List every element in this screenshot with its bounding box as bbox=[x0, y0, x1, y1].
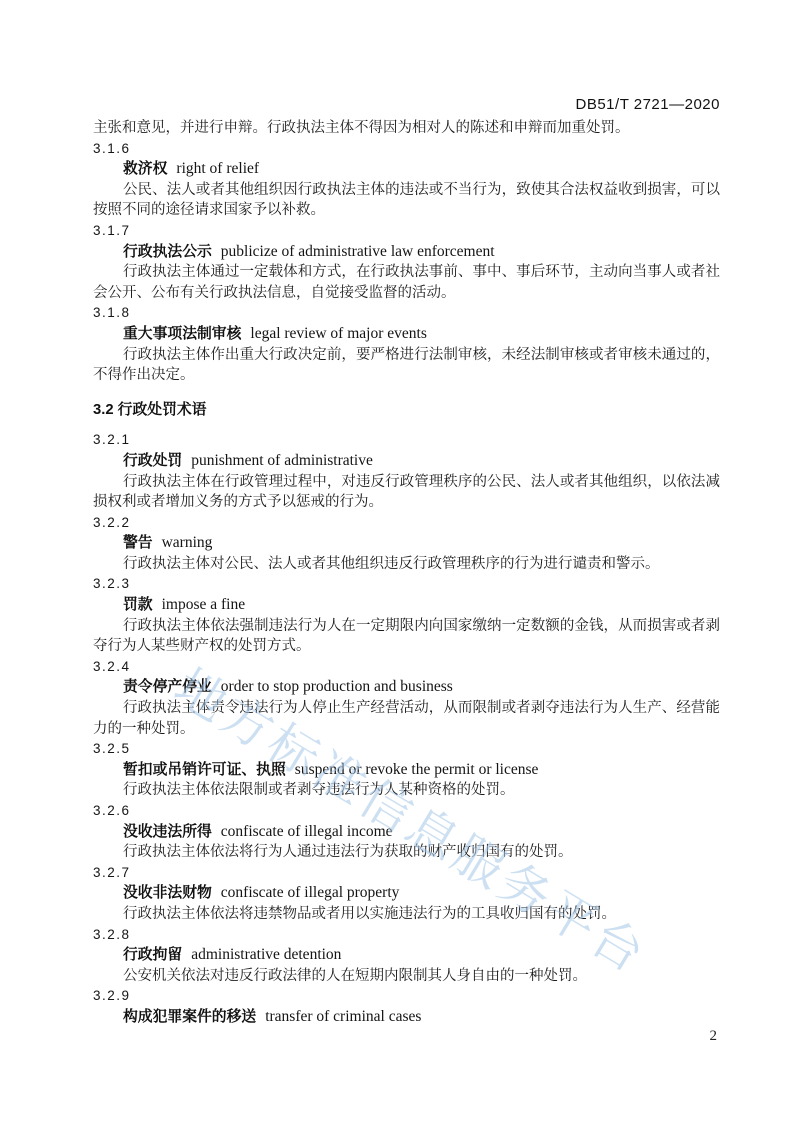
term-english: transfer of criminal cases bbox=[265, 1008, 421, 1025]
term-chinese: 没收违法所得 bbox=[123, 824, 212, 840]
term-definition: 行政执法主体作出重大行政决定前，要严格进行法制审核，未经法制审核或者审核未通过的… bbox=[93, 345, 720, 386]
document-page: DB51/T 2721—2020 主张和意见，并进行申辩。行政执法主体不得因为相… bbox=[0, 0, 793, 1122]
term-entry: 3.2.9 构成犯罪案件的移送transfer of criminal case… bbox=[93, 986, 720, 1027]
term-line: 没收非法财物confiscate of illegal property bbox=[93, 883, 720, 904]
term-number: 3.2.2 bbox=[93, 513, 720, 534]
term-number: 3.2.1 bbox=[93, 430, 720, 451]
doc-number: DB51/T 2721—2020 bbox=[576, 96, 721, 113]
term-entry: 3.1.6 救济权right of relief 公民、法人或者其他组织因行政执… bbox=[93, 139, 720, 221]
term-english: punishment of administrative bbox=[191, 452, 373, 469]
term-entry: 3.2.7 没收非法财物confiscate of illegal proper… bbox=[93, 863, 720, 925]
term-english: publicize of administrative law enforcem… bbox=[221, 243, 495, 260]
term-english: right of relief bbox=[176, 160, 259, 177]
term-entry: 3.2.8 行政拘留administrative detention 公安机关依… bbox=[93, 925, 720, 987]
intro-paragraph: 主张和意见，并进行申辩。行政执法主体不得因为相对人的陈述和申辩而加重处罚。 bbox=[93, 118, 720, 139]
term-chinese: 没收非法财物 bbox=[123, 885, 212, 901]
term-definition: 行政执法主体依法限制或者剥夺违法行为人某种资格的处罚。 bbox=[93, 780, 720, 801]
term-line: 责令停产停业order to stop production and busin… bbox=[93, 677, 720, 698]
term-number: 3.2.4 bbox=[93, 657, 720, 678]
term-entry: 3.2.5 暂扣或吊销许可证、执照suspend or revoke the p… bbox=[93, 739, 720, 801]
term-chinese: 重大事项法制审核 bbox=[123, 326, 241, 342]
term-number: 3.2.7 bbox=[93, 863, 720, 884]
term-line: 警告warning bbox=[93, 533, 720, 554]
term-entry: 3.2.4 责令停产停业order to stop production and… bbox=[93, 657, 720, 739]
term-chinese: 罚款 bbox=[123, 597, 153, 613]
term-chinese: 行政处罚 bbox=[123, 453, 182, 469]
term-entry: 3.1.7 行政执法公示publicize of administrative … bbox=[93, 221, 720, 303]
subsection-heading: 3.2 行政处罚术语 bbox=[93, 400, 720, 421]
term-entry: 3.2.6 没收违法所得confiscate of illegal income… bbox=[93, 801, 720, 863]
term-definition: 行政执法主体对公民、法人或者其他组织违反行政管理秩序的行为进行谴责和警示。 bbox=[93, 554, 720, 575]
term-entry: 3.2.3 罚款impose a fine 行政执法主体依法强制违法行为人在一定… bbox=[93, 574, 720, 656]
term-line: 构成犯罪案件的移送transfer of criminal cases bbox=[93, 1007, 720, 1028]
term-chinese: 救济权 bbox=[123, 161, 167, 177]
term-entry: 3.2.2 警告warning 行政执法主体对公民、法人或者其他组织违反行政管理… bbox=[93, 513, 720, 575]
term-entry: 3.2.1 行政处罚punishment of administrative 行… bbox=[93, 430, 720, 512]
term-english: administrative detention bbox=[191, 946, 341, 963]
term-line: 行政拘留administrative detention bbox=[93, 945, 720, 966]
document-header: DB51/T 2721—2020 bbox=[93, 96, 720, 113]
term-definition: 行政执法主体在行政管理过程中，对违反行政管理秩序的公民、法人或者其他组织，以依法… bbox=[93, 472, 720, 513]
term-line: 行政执法公示publicize of administrative law en… bbox=[93, 242, 720, 263]
term-english: confiscate of illegal income bbox=[221, 823, 393, 840]
term-number: 3.2.3 bbox=[93, 574, 720, 595]
term-line: 罚款impose a fine bbox=[93, 595, 720, 616]
term-chinese: 构成犯罪案件的移送 bbox=[123, 1009, 256, 1025]
term-line: 重大事项法制审核legal review of major events bbox=[93, 324, 720, 345]
term-english: confiscate of illegal property bbox=[221, 884, 400, 901]
term-definition: 行政执法主体依法强制违法行为人在一定期限内向国家缴纳一定数额的金钱，从而损害或者… bbox=[93, 616, 720, 657]
terms-section-general: 3.1.6 救济权right of relief 公民、法人或者其他组织因行政执… bbox=[93, 139, 720, 386]
term-number: 3.1.7 bbox=[93, 221, 720, 242]
term-chinese: 警告 bbox=[123, 535, 153, 551]
term-english: suspend or revoke the permit or license bbox=[295, 761, 539, 778]
term-chinese: 暂扣或吊销许可证、执照 bbox=[123, 762, 286, 778]
term-definition: 行政执法主体责令违法行为人停止生产经营活动，从而限制或者剥夺违法行为人生产、经营… bbox=[93, 698, 720, 739]
term-definition: 行政执法主体通过一定载体和方式，在行政执法事前、事中、事后环节，主动向当事人或者… bbox=[93, 262, 720, 303]
term-number: 3.2.6 bbox=[93, 801, 720, 822]
terms-section-punishment: 3.2.1 行政处罚punishment of administrative 行… bbox=[93, 430, 720, 1027]
term-line: 行政处罚punishment of administrative bbox=[93, 451, 720, 472]
term-definition: 公安机关依法对违反行政法律的人在短期内限制其人身自由的一种处罚。 bbox=[93, 966, 720, 987]
document-body: 主张和意见，并进行申辩。行政执法主体不得因为相对人的陈述和申辩而加重处罚。 3.… bbox=[93, 118, 720, 1028]
term-english: legal review of major events bbox=[250, 325, 426, 342]
term-number: 3.2.8 bbox=[93, 925, 720, 946]
term-definition: 公民、法人或者其他组织因行政执法主体的违法或不当行为，致使其合法权益收到损害，可… bbox=[93, 180, 720, 221]
term-english: impose a fine bbox=[162, 596, 246, 613]
term-line: 暂扣或吊销许可证、执照suspend or revoke the permit … bbox=[93, 760, 720, 781]
page-number: 2 bbox=[710, 1028, 718, 1045]
term-definition: 行政执法主体依法将行为人通过违法行为获取的财产收归国有的处罚。 bbox=[93, 842, 720, 863]
term-english: order to stop production and business bbox=[221, 678, 453, 695]
term-number: 3.1.8 bbox=[93, 303, 720, 324]
term-chinese: 行政拘留 bbox=[123, 947, 182, 963]
term-line: 救济权right of relief bbox=[93, 159, 720, 180]
term-number: 3.2.5 bbox=[93, 739, 720, 760]
term-number: 3.2.9 bbox=[93, 986, 720, 1007]
term-chinese: 行政执法公示 bbox=[123, 244, 212, 260]
term-definition: 行政执法主体依法将违禁物品或者用以实施违法行为的工具收归国有的处罚。 bbox=[93, 904, 720, 925]
term-number: 3.1.6 bbox=[93, 139, 720, 160]
term-english: warning bbox=[162, 534, 213, 551]
term-entry: 3.1.8 重大事项法制审核legal review of major even… bbox=[93, 303, 720, 385]
term-chinese: 责令停产停业 bbox=[123, 679, 212, 695]
term-line: 没收违法所得confiscate of illegal income bbox=[93, 822, 720, 843]
